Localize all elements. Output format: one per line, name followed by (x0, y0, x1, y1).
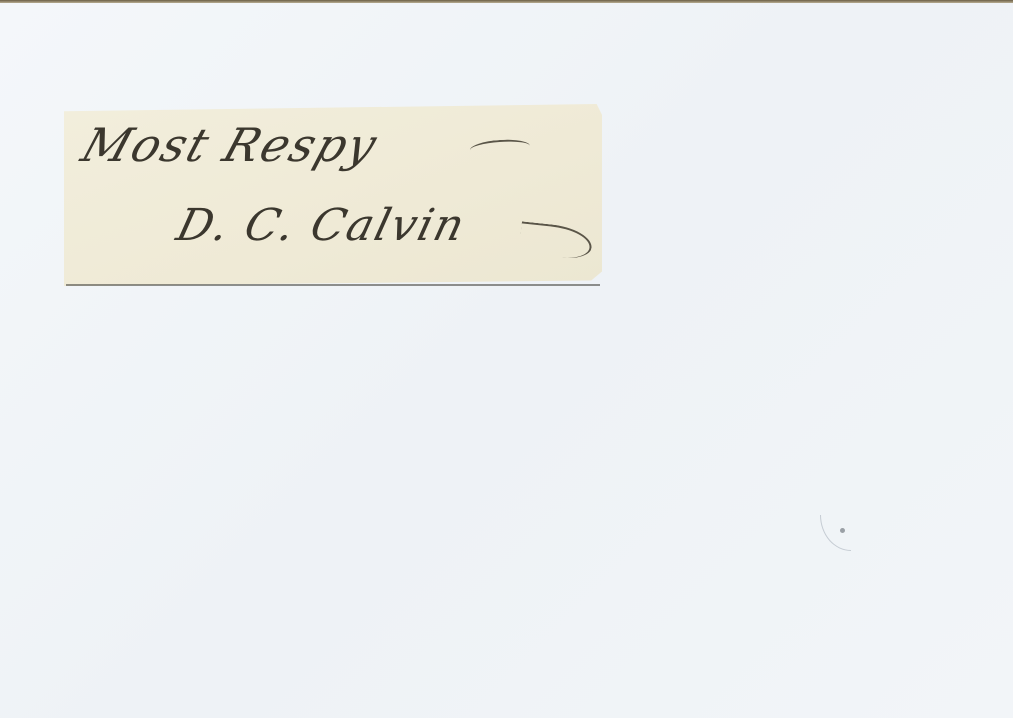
signature-text: D. C. Calvin (172, 200, 472, 251)
salutation-text: Most Respy (75, 118, 385, 172)
clipping-bottom-edge (66, 284, 600, 286)
surface-scratch (820, 515, 851, 551)
surface-speck (840, 528, 845, 533)
scan-top-border (0, 0, 1013, 3)
